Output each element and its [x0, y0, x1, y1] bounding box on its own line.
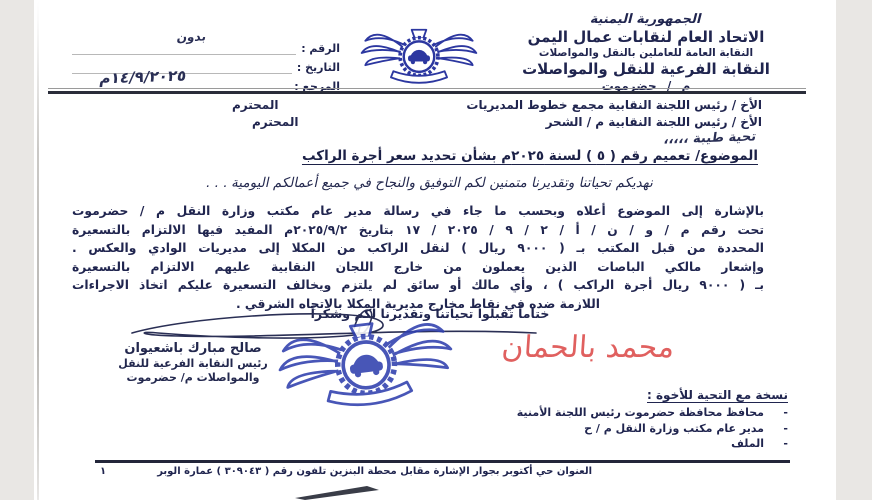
footer-address: العنوان حي أكتوبر بجوار الإشارة مقابل مح… [157, 466, 592, 477]
org-name-general-syndicate: النقابة العامة للعاملين بالنقل والمواصلا… [488, 47, 804, 59]
cc-title: نسخة مع التحية للأخوة : [517, 388, 788, 402]
cc-item-text: مدير عام مكتب وزارة النقل م / ح [584, 422, 764, 435]
recipient-row: الأخ / رئيس اللجنة النقابية مجمع خطوط ال… [232, 98, 762, 112]
cc-item: - مدير عام مكتب وزارة النقل م / ح [517, 422, 788, 435]
body-line: وإشعار مالكي الباصات الذين يعملون من خار… [72, 258, 764, 277]
body-line: بـ ( ٩٠٠٠ ريال أجرة الراكب ) ، وأي مالك … [72, 276, 764, 295]
recipient-honorific: المحترم [232, 98, 278, 112]
body-line: تحت رقم م / و / ن / أ / ٢ / ٩ / ٢٠٢٥ / ١… [72, 221, 764, 240]
number-label: الرقم : [301, 42, 340, 55]
signer-title: رئيس النقابة الفرعية للنقل [86, 357, 300, 370]
recipient-name: الأخ / رئيس اللجنة النقابية م / الشحر [546, 115, 762, 129]
recipient-name: الأخ / رئيس اللجنة النقابية مجمع خطوط ال… [466, 98, 762, 112]
footer: العنوان حي أكتوبر بجوار الإشارة مقابل مح… [100, 466, 592, 477]
date-field: التاريخ : ١٤/٩/٢٠٢٥م [72, 55, 340, 74]
cc-item-text: الملف [731, 437, 764, 450]
subject-line: الموضوع/ تعميم رقم ( ٥ ) لسنة ٢٠٢٥م بشأن… [302, 148, 758, 164]
signer-block: صالح مبارك باشعيوان رئيس النقابة الفرعية… [86, 341, 300, 384]
recipient-row: الأخ / رئيس اللجنة النقابية م / الشحر ال… [252, 115, 762, 129]
footer-page-number: ١ [100, 466, 106, 477]
reference-fields: الرقم : بدون التاريخ : ١٤/٩/٢٠٢٥م المرجع… [72, 36, 340, 93]
cc-item: - محافظ محافظة حضرموت رئيس اللجنة الأمني… [517, 406, 788, 419]
dash-bullet: - [778, 422, 788, 435]
cc-item-text: محافظ محافظة حضرموت رئيس اللجنة الأمنية [517, 406, 764, 419]
header-divider-thin [48, 88, 806, 89]
signer-name: صالح مبارك باشعيوان [86, 341, 300, 356]
org-name-union: الاتحاد العام لنقابات عمال اليمن [488, 28, 804, 46]
signer-title: والمواصلات م/ حضرموت [86, 371, 300, 384]
cc-item: - الملف [517, 437, 788, 450]
body-line: بالإشارة إلى الموضوع أعلاه وبحسب ما جاء … [72, 202, 764, 221]
salutation-line: نهديكم تحياتنا وتقديرنا متمنين لكم التوف… [128, 175, 731, 191]
footer-divider [95, 460, 790, 463]
dash-bullet: - [778, 437, 788, 450]
header-divider-thick [48, 91, 806, 94]
republic-title: الجمهورية اليمنية [486, 12, 806, 27]
number-handwritten-value: بدون [176, 29, 207, 44]
dash-bullet: - [778, 406, 788, 419]
recipient-honorific: المحترم [252, 115, 298, 129]
letterhead: الجمهورية اليمنية الاتحاد العام لنقابات … [488, 12, 804, 93]
date-label: التاريخ : [297, 61, 340, 74]
union-emblem-logo [358, 20, 480, 92]
body-line: المحددة من قبل المكتب بـ ( ٩٠٠٠ ريال ) ل… [72, 239, 764, 258]
scan-pen-mark [295, 486, 385, 500]
number-field: الرقم : بدون [72, 36, 340, 55]
org-name-branch-syndicate: النقابة الفرعية للنقل والمواصلات [488, 60, 804, 78]
page-edge-shadow [37, 0, 39, 500]
cc-list: نسخة مع التحية للأخوة : - محافظ محافظة ح… [517, 388, 788, 450]
scanned-letter: الرقم : بدون التاريخ : ١٤/٩/٢٠٢٥م المرجع… [0, 0, 872, 500]
red-stamp-name: محمد بالحمان [437, 330, 739, 365]
letter-body: بالإشارة إلى الموضوع أعلاه وبحسب ما جاء … [72, 202, 764, 314]
